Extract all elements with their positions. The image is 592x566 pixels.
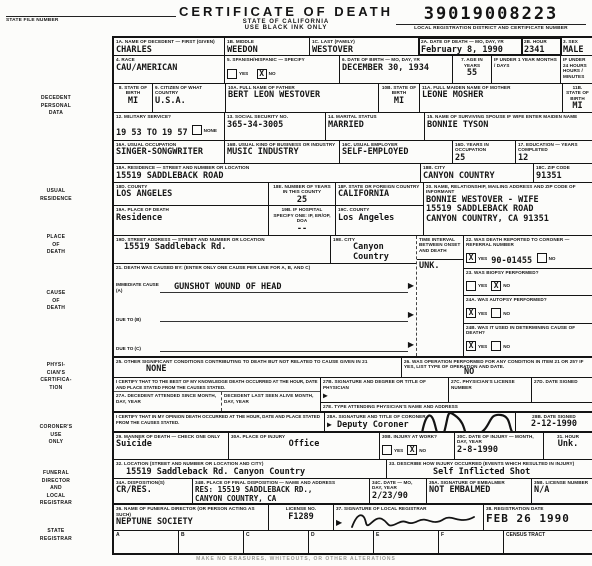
field-under-24-hours: IF UNDER 24 HOURS HOURS / MINUTES — [561, 56, 592, 83]
race-value: CAU/AMERICAN — [116, 64, 222, 74]
marital-status-value: MARRIED — [328, 121, 422, 131]
field-death-street: 19D. STREET ADDRESS — STREET AND NUMBER … — [114, 236, 331, 263]
embalmer-value: NOT EMBALMED — [429, 486, 529, 496]
last-seen-label: DECEDENT LAST SEEN ALIVE MONTH, DAY, YEA… — [224, 393, 318, 404]
autopsy-used-yes-mark: X — [469, 341, 474, 350]
registration-number-block: 39019008223 LOCAL REGISTRATION DISTRICT … — [396, 4, 586, 40]
field-race: 4. RACE CAU/AMERICAN — [114, 56, 225, 83]
field-other-conditions: 25. OTHER SIGNIFICANT CONDITIONS CONTRIB… — [114, 358, 402, 378]
field-injury-hour: 31. HOUR Unk. — [544, 433, 592, 460]
age-label: 7. AGE IN YEARS — [455, 57, 489, 68]
cause-c-label: DUE TO (C) — [116, 346, 160, 352]
cause-line-b: DUE TO (B) — [116, 299, 414, 322]
field-reported-to-coroner: 22. WAS DEATH REPORTED TO CORONER — REFE… — [464, 236, 592, 269]
autopsy-used-no-text: NO — [503, 344, 510, 349]
name-last-label: 1C. LAST (FAMILY) — [312, 39, 416, 45]
field-residence-city: 18B. CITY CANYON COUNTRY — [421, 164, 534, 181]
race-label: 4. RACE — [116, 57, 222, 63]
injury-work-yes-text: YES — [394, 448, 403, 453]
coroner-referral-number: 90-01455 — [491, 256, 532, 266]
residence-zip-value: 91351 — [536, 172, 590, 182]
registrar-signature-label: 37. SIGNATURE OF LOCAL REGISTRAR — [336, 506, 481, 512]
row-parents: 8. STATE OF BIRTH MI 9. CITIZEN OF WHAT … — [114, 84, 592, 113]
hour-value: 2341 — [524, 46, 558, 56]
row-injury-location: 32. LOCATION (STREET AND NUMBER OR LOCAT… — [114, 460, 592, 478]
field-father-name: 10A. FULL NAME OF FATHER BERT LEON WESTO… — [226, 84, 379, 112]
field-biopsy: 23. WAS BIOPSY PERFORMED? YESXNO — [464, 269, 592, 297]
age-value: 55 — [455, 69, 489, 79]
field-education: 17. EDUCATION — YEARS COMPLETED 12 — [516, 141, 592, 164]
name-last-value: WESTOVER — [312, 46, 416, 56]
residence-zip-label: 18C. ZIP CODE — [536, 165, 590, 171]
row-decedent-name: 1A. NAME OF DECEDENT — FIRST (GIVEN) CHA… — [114, 38, 592, 56]
date-of-death-label: 2A. DATE OF DEATH — MO, DAY, YR — [421, 39, 519, 45]
mother-birth-state-value: MI — [565, 102, 590, 112]
military-label: 12. MILITARY SERVICE? — [116, 114, 222, 120]
injury-location-value: 15519 Saddleback Rd. Canyon Country — [116, 468, 384, 478]
sex-label: 3. SEX — [563, 39, 590, 45]
row-manner-of-death: 29. MANNER OF DEATH — CHECK ONE ONLY Sui… — [114, 433, 592, 461]
biopsy-yes-checkbox — [466, 281, 476, 291]
interval-a-value: UNK. — [419, 262, 461, 272]
education-label: 17. EDUCATION — YEARS COMPLETED — [518, 142, 590, 153]
place-of-injury-value: Office — [231, 440, 377, 450]
father-birth-state-value: MI — [381, 97, 417, 107]
under-24-hours-label: IF UNDER 24 HOURS HOURS / MINUTES — [563, 57, 590, 79]
field-father-birth-state: 10B. STATE OF BIRTH MI — [379, 84, 420, 112]
section-label-usual-residence: USUAL RESIDENCE — [4, 188, 108, 203]
injury-hour-value: Unk. — [546, 440, 590, 450]
biopsy-yes-text: YES — [478, 283, 487, 288]
state-of-birth-value: MI — [116, 97, 150, 107]
field-hour-of-death: 2B. HOUR 2341 — [522, 38, 561, 55]
field-years-in-county: 18E. NUMBER OF YEARS IN THIS COUNTY 25 — [269, 183, 336, 206]
arrow-icon — [408, 304, 414, 322]
years-in-county-label: 18E. NUMBER OF YEARS IN THIS COUNTY — [271, 184, 333, 195]
field-name-last: 1C. LAST (FAMILY) WESTOVER — [310, 38, 419, 55]
coroner-date-value: 2-12-1990 — [518, 420, 590, 430]
field-registration-date: 38. REGISTRATION DATE FEB 26 1990 — [484, 505, 592, 530]
field-autopsy: 24A. WAS AUTOPSY PERFORMED? XYESNO — [464, 296, 592, 324]
residence-state-value: CALIFORNIA — [338, 190, 421, 200]
years-occupation-value: 25 — [455, 154, 513, 164]
funeral-license-value: F1289 — [271, 513, 331, 523]
column-time-interval: TIME INTERVAL BETWEEN ONSET AND DEATH UN… — [416, 236, 463, 356]
field-physician-signature: 27B. SIGNATURE AND DEGREE OR TITLE OF PH… — [321, 378, 449, 402]
disposition-value: CR/RES. — [116, 486, 190, 496]
field-hospital-specify: 19B. IF HOSPITAL SPECIFY ONE: IP, ER/OP,… — [269, 206, 336, 234]
field-injury-at-work: 30B. INJURY AT WORK? YESXNO — [380, 433, 455, 460]
autopsy-used-yes-checkbox: X — [466, 341, 476, 351]
physician-license-label: 27C. PHYSICIAN'S LICENSE NUMBER — [451, 379, 529, 390]
father-name-value: BERT LEON WESTOVER — [228, 91, 376, 101]
field-military-service: 12. MILITARY SERVICE? 19 53 TO 19 57NONE — [114, 113, 225, 140]
physician-name-label: 27E. TYPE ATTENDING PHYSICIAN'S NAME AND… — [323, 404, 590, 410]
disposition-date-value: 2/23/90 — [372, 492, 424, 502]
father-birth-state-label: 10B. STATE OF BIRTH — [381, 85, 417, 96]
funeral-director-value: NEPTUNE SOCIETY — [116, 518, 266, 528]
citizen-value: U.S.A. — [155, 97, 223, 107]
military-none-checkbox — [192, 125, 202, 135]
field-place-of-death: 19A. PLACE OF DEATH Residence — [114, 206, 269, 234]
cause-b-label: DUE TO (B) — [116, 317, 160, 323]
education-value: 12 — [518, 154, 590, 164]
field-residence-zip: 18C. ZIP CODE 91351 — [534, 164, 592, 181]
row-state-registrar: A B C D E F CENSUS TRACT — [114, 531, 592, 553]
injury-work-yes-checkbox — [382, 445, 392, 455]
certificate-form: 1A. NAME OF DECEDENT — FIRST (GIVEN) CHA… — [112, 36, 592, 555]
biopsy-label: 23. WAS BIOPSY PERFORMED? — [466, 270, 590, 276]
field-name-middle: 1B. MIDDLE WEEDON — [225, 38, 310, 55]
other-conditions-value: NONE — [116, 365, 399, 375]
field-ssn: 13. SOCIAL SECURITY NO. 365-34-3005 — [225, 113, 326, 140]
state-file-number-box: STATE FILE NUMBER — [6, 4, 176, 40]
date-of-injury-label: 30C. DATE OF INJURY — MONTH, DAY, YEAR — [457, 434, 541, 445]
field-hispanic: 5. SPANISH/HISPANIC — SPECIFY YES XNO — [225, 56, 340, 83]
field-industry: 16B. USUAL KIND OF BUSINESS OR INDUSTRY … — [225, 141, 340, 164]
coroner-certification-statement: I CERTIFY THAT IN MY OPINION DEATH OCCUR… — [114, 413, 325, 431]
injury-at-work-label: 30B. INJURY AT WORK? — [382, 434, 452, 440]
field-manner-of-death: 29. MANNER OF DEATH — CHECK ONE ONLY Sui… — [114, 433, 229, 460]
death-city-value: Canyon Country — [333, 243, 414, 263]
field-death-city: 19E. CITY Canyon Country — [331, 236, 416, 263]
field-cause-of-death: 21. DEATH WAS CAUSED BY: (ENTER ONLY ONE… — [114, 264, 416, 356]
certificate-header: STATE FILE NUMBER CERTIFICATE OF DEATH S… — [0, 0, 592, 40]
field-residence-state: 18F. STATE OR FOREIGN COUNTRY CALIFORNIA — [336, 183, 423, 206]
informant-value: BONNIE WESTOVER - WIFE 15519 SADDLEBACK … — [426, 196, 590, 225]
employer-value: SELF-EMPLOYED — [342, 148, 450, 158]
hispanic-yes-checkbox — [227, 69, 237, 79]
date-of-death-value: February 8, 1990 — [421, 46, 519, 56]
autopsy-no-checkbox — [491, 308, 501, 318]
field-informant: 20. NAME, RELATIONSHIP, MAILING ADDRESS … — [423, 183, 592, 235]
coroner-yes-text: YES — [478, 256, 487, 261]
field-state-of-birth: 8. STATE OF BIRTH MI — [114, 84, 153, 112]
hour-label: 2B. HOUR — [524, 39, 558, 45]
place-of-death-value: Residence — [116, 214, 266, 224]
field-residence-street: 18A. RESIDENCE — STREET AND NUMBER OR LO… — [114, 164, 421, 181]
autopsy-yes-checkbox: X — [466, 308, 476, 318]
field-age: 7. AGE IN YEARS 55 — [453, 56, 492, 83]
residence-city-label: 18B. CITY — [423, 165, 531, 171]
autopsy-yes-mark: X — [469, 308, 474, 317]
place-of-death-label: 19A. PLACE OF DEATH — [116, 207, 266, 213]
field-disposition-date: 34C. DATE — MO, DAY, YEAR 2/23/90 — [370, 479, 427, 504]
row-physician-signature: 27B. SIGNATURE AND DEGREE OR TITLE OF PH… — [321, 378, 592, 403]
registration-date-stamp: FEB 26 1990 — [486, 512, 590, 525]
row-occupation: 16A. USUAL OCCUPATION SINGER-SONGWRITER … — [114, 141, 592, 165]
funeral-director-label: 36. NAME OF FUNERAL DIRECTOR (OR PERSON … — [116, 506, 266, 517]
field-disposition-place: 34B. PLACE OF FINAL DISPOSITION — NAME A… — [193, 479, 370, 504]
autopsy-no-text: NO — [503, 311, 510, 316]
state-col-census-tract: CENSUS TRACT — [504, 531, 592, 553]
coroner-yes-mark: X — [469, 253, 474, 262]
row-residence: 18A. RESIDENCE — STREET AND NUMBER OR LO… — [114, 164, 592, 182]
arrow-icon — [327, 420, 332, 430]
residence-city-value: CANYON COUNTRY — [423, 172, 531, 182]
spouse-value: BONNIE TYSON — [427, 121, 590, 131]
field-embalmer-signature: 35A. SIGNATURE OF EMBALMER NOT EMBALMED — [427, 479, 532, 504]
row-physician-certification: I CERTIFY THAT TO THE BEST OF MY KNOWLED… — [114, 378, 592, 412]
field-date-of-birth: 6. DATE OF BIRTH — MO, DAY, YR DECEMBER … — [340, 56, 453, 83]
field-disposition: 34A. DISPOSITION(S) CR/RES. — [114, 479, 193, 504]
certificate-title: CERTIFICATE OF DEATH — [176, 4, 396, 19]
field-injury-description: 33. DESCRIBE HOW INJURY OCCURRED (EVENTS… — [387, 460, 592, 477]
military-none-text: NONE — [204, 128, 217, 133]
field-sex: 3. SEX MALE — [561, 38, 592, 55]
mother-name-value: LEONE MOSHER — [422, 91, 560, 101]
section-label-decedent-personal-data: DECEDENT PERSONAL DATA — [4, 95, 108, 118]
row-cause-section: 19D. STREET ADDRESS — STREET AND NUMBER … — [114, 236, 592, 358]
autopsy-used-label: 24B. WAS IT USED IN DETERMINING CAUSE OF… — [466, 325, 590, 336]
field-physician-license: 27C. PHYSICIAN'S LICENSE NUMBER — [449, 378, 532, 402]
field-under-one-year: IF UNDER 1 YEAR MONTHS / DAYS — [492, 56, 561, 83]
row-disposition: 34A. DISPOSITION(S) CR/RES. 34B. PLACE O… — [114, 479, 592, 506]
field-registrar-signature: 37. SIGNATURE OF LOCAL REGISTRAR — [334, 505, 484, 530]
field-death-county: 19C. COUNTY Los Angeles — [336, 206, 423, 234]
physician-certification-statement: I CERTIFY THAT TO THE BEST OF MY KNOWLED… — [114, 378, 320, 392]
row-military-ssn: 12. MILITARY SERVICE? 19 53 TO 19 57NONE… — [114, 113, 592, 141]
hispanic-label: 5. SPANISH/HISPANIC — SPECIFY — [227, 57, 337, 63]
injury-work-no-text: NO — [419, 448, 426, 453]
informant-label: 20. NAME, RELATIONSHIP, MAILING ADDRESS … — [426, 184, 590, 195]
field-operation: 26. WAS OPERATION PERFORMED FOR ANY COND… — [402, 358, 592, 378]
name-first-value: CHARLES — [116, 46, 222, 56]
hispanic-yes-text: YES — [239, 71, 248, 76]
column-coroner-autopsy: 22. WAS DEATH REPORTED TO CORONER — REFE… — [463, 236, 592, 356]
row-coroner-certification: I CERTIFY THAT IN MY OPINION DEATH OCCUR… — [114, 413, 592, 433]
arrow-icon — [408, 334, 414, 352]
death-street-value: 15519 Saddleback Rd. — [116, 243, 328, 253]
biopsy-no-text: NO — [503, 283, 510, 288]
years-occupation-label: 16D. YEARS IN OCCUPATION — [455, 142, 513, 153]
field-occupation: 16A. USUAL OCCUPATION SINGER-SONGWRITER — [114, 141, 225, 164]
military-value: 19 53 TO 19 57 — [116, 128, 188, 138]
hispanic-no-checkbox: X — [257, 69, 267, 79]
biopsy-no-checkbox: X — [491, 281, 501, 291]
autopsy-label: 24A. WAS AUTOPSY PERFORMED? — [466, 297, 590, 303]
field-residence-county: 18D. COUNTY LOS ANGELES — [114, 183, 269, 206]
sex-value: MALE — [563, 46, 590, 56]
coroner-title-value: Deputy Coroner — [337, 420, 409, 430]
death-county-label: 19C. COUNTY — [338, 207, 421, 213]
arrow-icon — [336, 512, 342, 529]
injury-description-value: Self Inflicted Shot — [389, 468, 590, 478]
residence-street-value: 15519 SADDLEBACK ROAD — [116, 172, 418, 182]
cause-a-label: IMMEDIATE CAUSE (A) — [116, 282, 160, 293]
injury-work-no-checkbox: X — [407, 445, 417, 455]
field-funeral-license: LICENSE NO. F1289 — [269, 505, 334, 530]
certificate-number: 39019008223 — [396, 4, 586, 24]
field-interval-header: TIME INTERVAL BETWEEN ONSET AND DEATH — [417, 236, 463, 260]
field-physician-name-address: 27E. TYPE ATTENDING PHYSICIAN'S NAME AND… — [321, 403, 592, 411]
field-funeral-director: 36. NAME OF FUNERAL DIRECTOR (OR PERSON … — [114, 505, 269, 530]
birth-date-value: DECEMBER 30, 1934 — [342, 64, 450, 74]
field-coroner-signature: 28A. SIGNATURE AND TITLE OF CORONER Depu… — [325, 413, 516, 431]
state-col-a: A — [114, 531, 179, 553]
disposition-place-value: RES: 15519 SADDLEBACK RD., CANYON COUNTR… — [195, 486, 367, 503]
physician-signature-label: 27B. SIGNATURE AND DEGREE OR TITLE OF PH… — [323, 379, 446, 390]
field-citizen-country: 9. CITIZEN OF WHAT COUNTRY U.S.A. — [153, 84, 226, 112]
field-attended-since: 27A. DECEDENT ATTENDED SINCE MONTH, DAY,… — [114, 392, 222, 410]
residence-street-label: 18A. RESIDENCE — STREET AND NUMBER OR LO… — [116, 165, 418, 171]
years-in-county-value: 25 — [271, 196, 333, 206]
hospital-specify-label: 19B. IF HOSPITAL SPECIFY ONE: IP, ER/OP,… — [271, 207, 333, 224]
coroner-no-text: NO — [549, 256, 556, 261]
field-date-of-injury: 30C. DATE OF INJURY — MONTH, DAY, YEAR 2… — [455, 433, 544, 460]
cause-b-value — [160, 321, 408, 322]
ink-instruction: USE BLACK INK ONLY — [176, 25, 396, 31]
row-attended-dates: 27A. DECEDENT ATTENDED SINCE MONTH, DAY,… — [114, 392, 320, 410]
injury-work-no-mark: X — [410, 445, 415, 454]
cause-line-a: IMMEDIATE CAUSE (A) GUNSHOT WOUND OF HEA… — [116, 270, 414, 293]
state-col-b: B — [179, 531, 244, 553]
field-years-in-occupation: 16D. YEARS IN OCCUPATION 25 — [453, 141, 516, 164]
row-county-informant: 18D. COUNTY LOS ANGELES 18E. NUMBER OF Y… — [114, 183, 592, 236]
field-mother-birth-state: 11B. STATE OF BIRTH MI — [563, 84, 592, 112]
title-block: CERTIFICATE OF DEATH STATE OF CALIFORNIA… — [176, 4, 396, 40]
row-race-birth: 4. RACE CAU/AMERICAN 5. SPANISH/HISPANIC… — [114, 56, 592, 84]
name-middle-value: WEEDON — [227, 46, 307, 56]
cause-line-c: DUE TO (C) — [116, 328, 414, 351]
field-surviving-spouse: 15. NAME OF SURVIVING SPOUSE IF WIFE ENT… — [425, 113, 592, 140]
marital-status-label: 14. MARITAL STATUS — [328, 114, 422, 120]
autopsy-used-no-checkbox — [491, 341, 501, 351]
birth-date-label: 6. DATE OF BIRTH — MO, DAY, YR — [342, 57, 450, 63]
embalmer-license-value: N/A — [534, 486, 590, 496]
mother-birth-state-label: 11B. STATE OF BIRTH — [565, 85, 590, 102]
field-place-of-injury: 30A. PLACE OF INJURY Office — [229, 433, 380, 460]
arrow-icon — [323, 391, 328, 401]
interval-header-label: TIME INTERVAL BETWEEN ONSET AND DEATH — [419, 237, 461, 254]
autopsy-used-yes-text: YES — [478, 344, 487, 349]
death-certificate-page: STATE FILE NUMBER CERTIFICATE OF DEATH S… — [0, 0, 592, 566]
under-one-year-label: IF UNDER 1 YEAR MONTHS / DAYS — [494, 57, 558, 68]
physician-cert-text: I CERTIFY THAT TO THE BEST OF MY KNOWLED… — [116, 379, 318, 391]
field-name-first: 1A. NAME OF DECEDENT — FIRST (GIVEN) CHA… — [114, 38, 225, 55]
field-injury-location: 32. LOCATION (STREET AND NUMBER OR LOCAT… — [114, 460, 387, 477]
state-of-birth-label: 8. STATE OF BIRTH — [116, 85, 150, 96]
citizen-label: 9. CITIZEN OF WHAT COUNTRY — [155, 85, 223, 96]
section-label-cause-of-death: CAUSE OF DEATH — [4, 290, 108, 313]
form-footer-note: MAKE NO ERASURES, WHITEOUTS, OR OTHER AL… — [0, 556, 592, 562]
field-coroner-date-signed: 28B. DATE SIGNED 2-12-1990 — [516, 413, 592, 431]
field-marital-status: 14. MARITAL STATUS MARRIED — [326, 113, 425, 140]
section-label-funeral-director: FUNERAL DIRECTOR AND LOCAL REGISTRAR — [4, 470, 108, 508]
coroner-no-checkbox — [537, 253, 547, 263]
occupation-value: SINGER-SONGWRITER — [116, 148, 222, 158]
death-county-value: Los Angeles — [338, 214, 421, 224]
field-physician-date-signed: 27D. DATE SIGNED — [532, 378, 592, 402]
section-label-state-registrar: STATE REGISTRAR — [4, 528, 108, 543]
biopsy-no-mark: X — [494, 281, 499, 290]
row-county: 18D. COUNTY LOS ANGELES 18E. NUMBER OF Y… — [114, 183, 423, 207]
cause-a-value: GUNSHOT WOUND OF HEAD — [160, 282, 408, 293]
spouse-label: 15. NAME OF SURVIVING SPOUSE IF WIFE ENT… — [427, 114, 590, 120]
hispanic-no-mark: X — [259, 69, 264, 78]
field-last-seen-alive: DECEDENT LAST SEEN ALIVE MONTH, DAY, YEA… — [222, 392, 320, 410]
section-label-physicians-certification: PHYSI- CIAN'S CERTIFICA- TION — [4, 362, 108, 392]
state-file-number-label: STATE FILE NUMBER — [6, 16, 176, 23]
attended-since-label: 27A. DECEDENT ATTENDED SINCE MONTH, DAY,… — [116, 393, 219, 404]
ssn-value: 365-34-3005 — [227, 121, 323, 131]
industry-value: MUSIC INDUSTRY — [227, 148, 337, 158]
field-autopsy-used: 24B. WAS IT USED IN DETERMINING CAUSE OF… — [464, 324, 592, 356]
disposition-date-label: 34C. DATE — MO, DAY, YEAR — [372, 480, 424, 491]
field-mother-name: 11A. FULL MAIDEN NAME OF MOTHER LEONE MO… — [420, 84, 563, 112]
ssn-label: 13. SOCIAL SECURITY NO. — [227, 114, 323, 120]
reported-coroner-label: 22. WAS DEATH REPORTED TO CORONER — REFE… — [466, 237, 590, 248]
section-label-place-of-death: PLACE OF DEATH — [4, 234, 108, 257]
state-col-c: C — [244, 531, 309, 553]
hospital-specify-value: -- — [271, 225, 333, 235]
state-col-e: E — [374, 531, 439, 553]
row-other-conditions: 25. OTHER SIGNIFICANT CONDITIONS CONTRIB… — [114, 358, 592, 379]
field-employer: 16C. USUAL EMPLOYER SELF-EMPLOYED — [340, 141, 453, 164]
residence-county-value: LOS ANGELES — [116, 190, 266, 200]
row-death-address: 19D. STREET ADDRESS — STREET AND NUMBER … — [114, 236, 416, 264]
cause-c-value — [160, 351, 408, 352]
coroner-cert-text: I CERTIFY THAT IN MY OPINION DEATH OCCUR… — [116, 414, 322, 426]
row-place-of-death: 19A. PLACE OF DEATH Residence 19B. IF HO… — [114, 206, 423, 234]
row-funeral-director: 36. NAME OF FUNERAL DIRECTOR (OR PERSON … — [114, 505, 592, 531]
field-date-of-death: 2A. DATE OF DEATH — MO, DAY, YR February… — [419, 38, 522, 55]
name-middle-label: 1B. MIDDLE — [227, 39, 307, 45]
coroner-yes-checkbox: X — [466, 253, 476, 263]
state-col-d: D — [309, 531, 374, 553]
state-col-f: F — [439, 531, 504, 553]
arrow-icon — [408, 275, 414, 293]
coroner-signature-label: 28A. SIGNATURE AND TITLE OF CORONER — [327, 414, 513, 420]
field-interval-a: UNK. — [417, 260, 463, 356]
manner-value: Suicide — [116, 440, 226, 450]
field-embalmer-license: 35B. LICENSE NUMBER N/A — [532, 479, 592, 504]
autopsy-yes-text: YES — [478, 311, 487, 316]
hispanic-no-text: NO — [269, 71, 276, 76]
date-of-injury-value: 2-8-1990 — [457, 446, 541, 456]
name-first-label: 1A. NAME OF DECEDENT — FIRST (GIVEN) — [116, 39, 222, 45]
physician-date-label: 27D. DATE SIGNED — [534, 379, 590, 385]
section-label-coroners-use-only: CORONER'S USE ONLY — [4, 424, 108, 447]
local-registration-label: LOCAL REGISTRATION DISTRICT AND CERTIFIC… — [396, 24, 586, 31]
